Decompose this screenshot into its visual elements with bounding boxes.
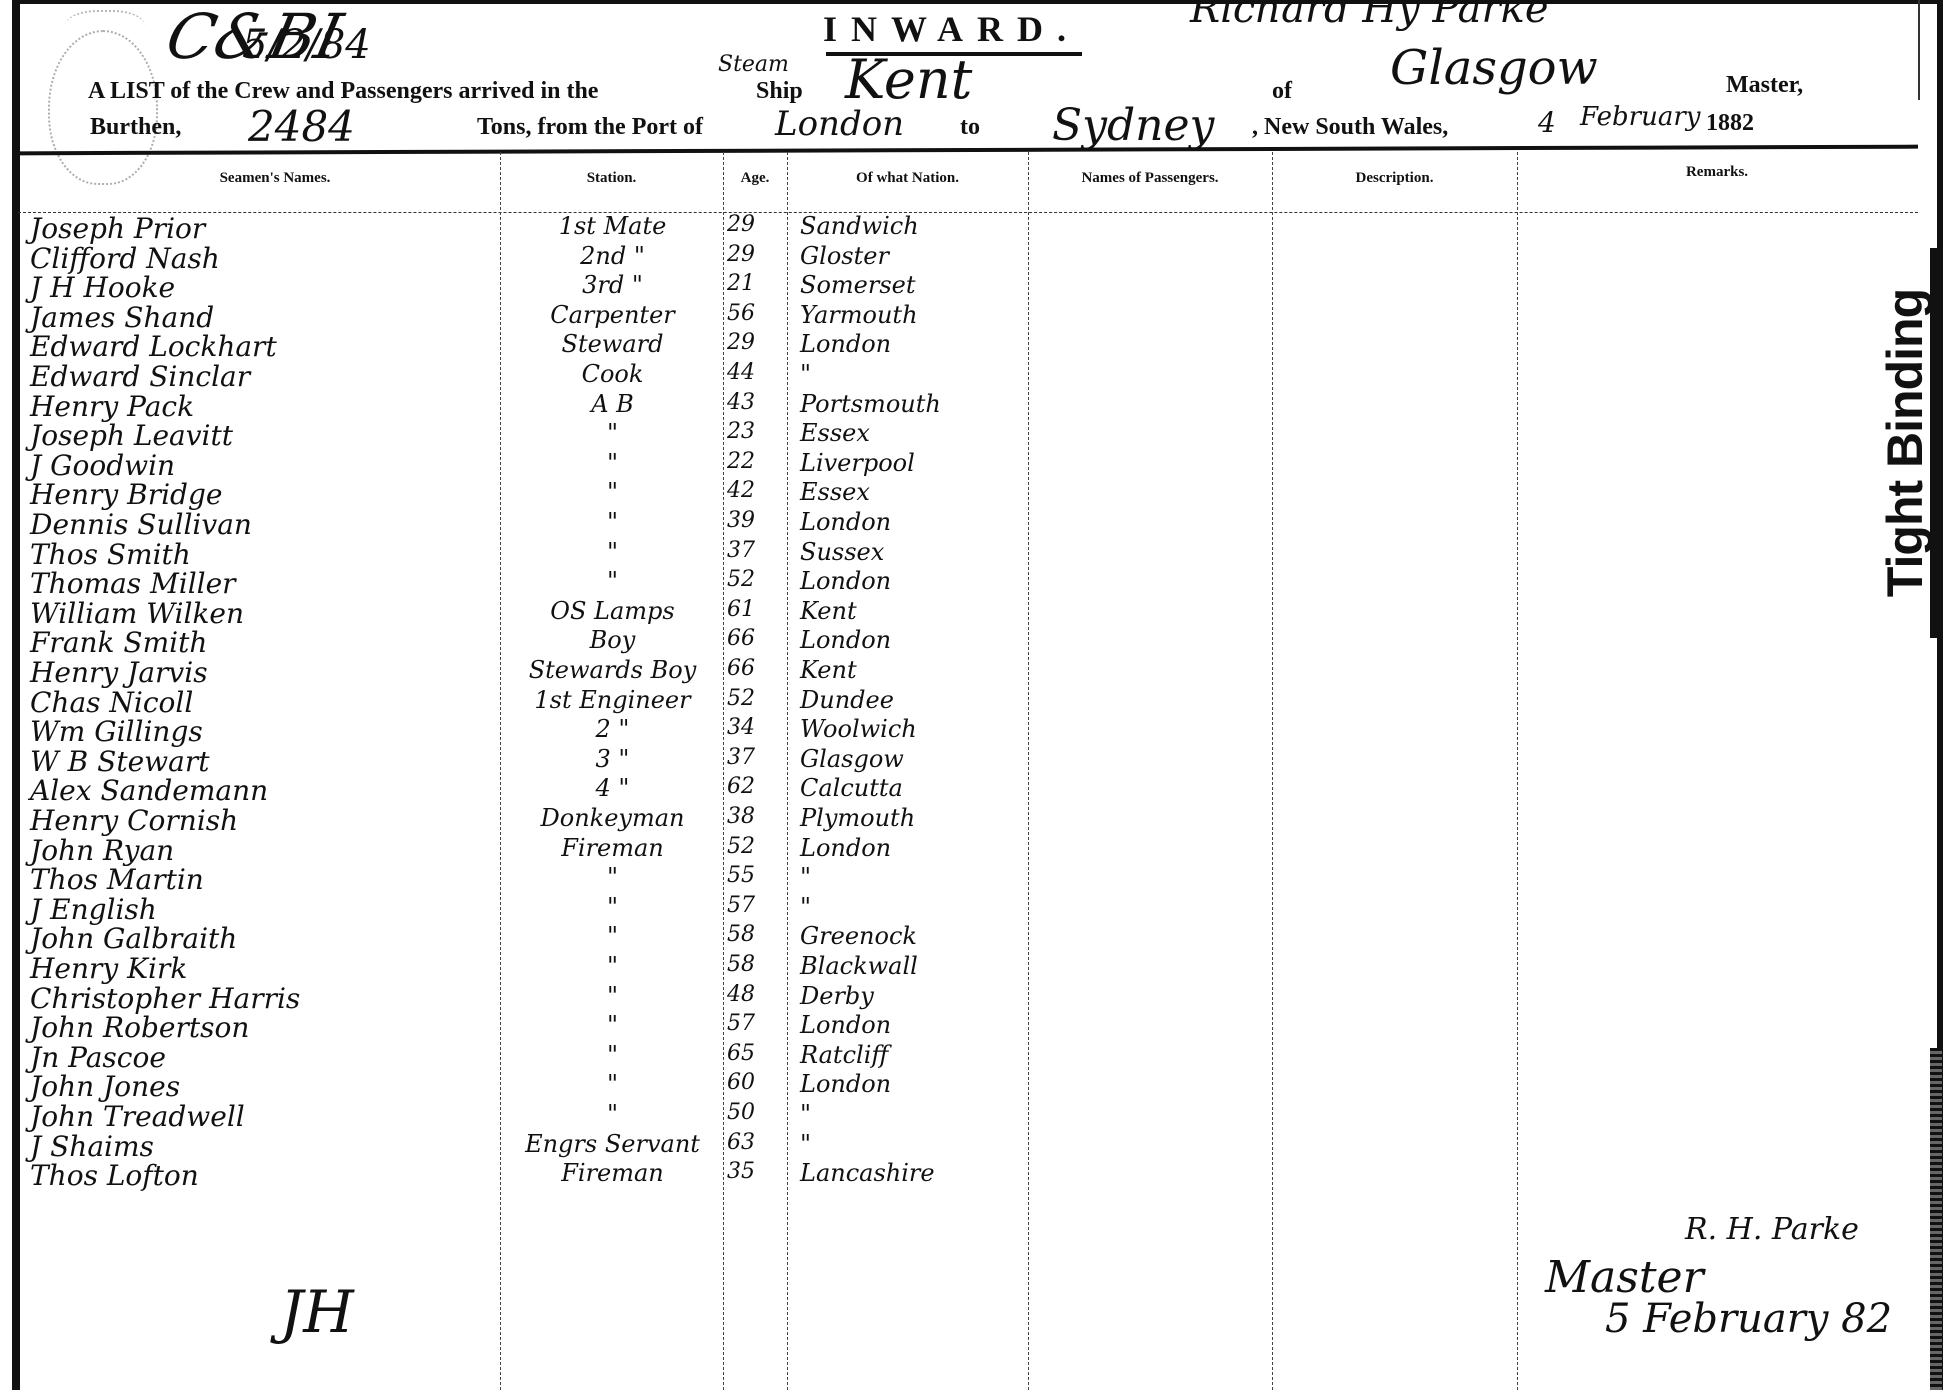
station: Stewards Boy [505,656,720,684]
age: 44 [727,360,755,385]
nsw-label: , New South Wales, [1252,114,1448,141]
customs-stamp-icon [48,30,158,185]
seaman-name: Henry Kirk [30,952,187,985]
burthen-label: Burthen, [90,114,181,141]
station: " [505,1041,720,1069]
table-row: Alex Sandemann4 "62Calcutta [0,774,1000,804]
table-row: John RyanFireman52London [0,834,1000,864]
table-row: Thos LoftonFireman35Lancashire [0,1159,1000,1189]
nation: " [800,1130,811,1158]
table-row: Thos Martin"55" [0,863,1000,893]
seaman-name: Edward Sinclar [30,360,250,393]
column-divider [1272,152,1273,1390]
nation: Blackwall [800,952,918,980]
table-row: Henry CornishDonkeyman38Plymouth [0,804,1000,834]
station: " [505,863,720,891]
station: Steward [505,330,720,358]
station: " [505,567,720,595]
age: 48 [727,982,755,1007]
age: 38 [727,804,755,829]
seaman-name: William Wilken [30,597,244,630]
ship-label: Ship [756,78,803,105]
table-row: John Jones"60London [0,1070,1000,1100]
port-from: London [775,104,904,144]
table-row: Henry JarvisStewards Boy66Kent [0,656,1000,686]
seaman-name: J Goodwin [30,449,175,482]
station: " [505,419,720,447]
age: 62 [727,774,755,799]
seaman-name: Christopher Harris [30,982,300,1015]
station: Fireman [505,1159,720,1187]
nation: Calcutta [800,774,903,802]
station: Donkeyman [505,804,720,832]
arrival-month: February [1580,102,1700,132]
nation: London [800,508,891,536]
station: " [505,508,720,536]
seaman-name: Thomas Miller [30,567,236,600]
nation: London [800,834,891,862]
nation: Kent [800,656,857,684]
header-age: Age. [723,170,787,187]
nation: London [800,567,891,595]
station: " [505,982,720,1010]
nation: London [800,626,891,654]
seaman-name: Joseph Prior [30,212,205,245]
table-row: John Treadwell"50" [0,1100,1000,1130]
station: OS Lamps [505,597,720,625]
age: 56 [727,301,755,326]
of-label: of [1272,78,1292,105]
age: 29 [727,212,755,237]
inserted-word-steam: Steam [718,52,789,77]
station: " [505,449,720,477]
age: 57 [727,893,755,918]
age: 52 [727,567,755,592]
age: 52 [727,686,755,711]
nation: Derby [800,982,874,1010]
table-row: John Robertson"57London [0,1011,1000,1041]
nation: Greenock [800,922,917,950]
header-nation: Of what Nation. [787,170,1028,187]
station: 4 " [505,774,720,802]
table-row: Edward SinclarCook44" [0,360,1000,390]
age: 58 [727,922,755,947]
table-row: Henry Bridge"42Essex [0,478,1000,508]
table-row: Chas Nicoll1st Engineer52Dundee [0,686,1000,716]
table-row: Henry Kirk"58Blackwall [0,952,1000,982]
table-row: Edward LockhartSteward29London [0,330,1000,360]
seaman-name: W B Stewart [30,745,209,778]
arrival-year: 1882 [1706,110,1754,137]
table-row: J H Hooke3rd "21Somerset [0,271,1000,301]
ship-name: Kent [845,48,972,111]
nation: " [800,893,811,921]
tons-label: Tons, from the Port of [477,114,703,141]
nation: Woolwich [800,715,917,743]
nation: Dundee [800,686,894,714]
age: 37 [727,538,755,563]
seaman-name: Edward Lockhart [30,330,277,363]
nation: Glasgow [800,745,904,773]
seaman-name: Alex Sandemann [30,774,268,807]
age: 23 [727,419,755,444]
nation: Sandwich [800,212,919,240]
master-signature: R. H. Parke [1685,1212,1859,1247]
tons-value: 2484 [248,102,355,151]
station: 2 " [505,715,720,743]
table-row: Henry PackA B43Portsmouth [0,390,1000,420]
station: Cook [505,360,720,388]
header-seamens-names: Seamen's Names. [170,170,380,187]
seaman-name: John Jones [30,1070,180,1103]
reference-date: 5/2/84 [242,22,371,68]
age: 37 [727,745,755,770]
age: 57 [727,1011,755,1036]
nation: Portsmouth [800,390,941,418]
seaman-name: Dennis Sullivan [30,508,252,541]
header-station: Station. [500,170,723,187]
seaman-name: John Robertson [30,1011,249,1044]
table-row: John Galbraith"58Greenock [0,922,1000,952]
age: 43 [727,390,755,415]
seaman-name: Chas Nicoll [30,686,193,719]
station: Engrs Servant [505,1130,720,1158]
table-row: William WilkenOS Lamps61Kent [0,597,1000,627]
station: Carpenter [505,301,720,329]
age: 39 [727,508,755,533]
seaman-name: Henry Pack [30,390,194,423]
table-row: J English"57" [0,893,1000,923]
age: 66 [727,656,755,681]
nation: Kent [800,597,857,625]
table-row: Clifford Nash2nd "29Gloster [0,242,1000,272]
age: 22 [727,449,755,474]
age: 55 [727,863,755,888]
age: 21 [727,271,755,296]
nation: Sussex [800,538,884,566]
age: 58 [727,952,755,977]
seaman-name: Thos Martin [30,863,204,896]
nation: Essex [800,478,870,506]
age: 50 [727,1100,755,1125]
table-row: Frank SmithBoy66London [0,626,1000,656]
station: Boy [505,626,720,654]
list-heading: A LIST of the Crew and Passengers arrive… [88,78,598,105]
seaman-name: Frank Smith [30,626,207,659]
age: 42 [727,478,755,503]
age: 61 [727,597,755,622]
seaman-name: J English [30,893,157,926]
age: 34 [727,715,755,740]
nation: Liverpool [800,449,915,477]
seaman-name: Henry Cornish [30,804,238,837]
header-remarks: Remarks. [1517,164,1917,181]
table-row: Christopher Harris"48Derby [0,982,1000,1012]
owner-name: Richard Hy Parke [1190,0,1549,32]
paraph-initials: JH [280,1278,354,1346]
age: 29 [727,242,755,267]
nation: Lancashire [800,1159,935,1187]
to-label: to [960,114,980,141]
seaman-name: John Ryan [30,834,174,867]
seaman-name: Thos Smith [30,538,191,571]
seaman-name: Jn Pascoe [30,1041,166,1074]
station: " [505,1011,720,1039]
page-right-edge-shadow [1930,1048,1942,1390]
nation: London [800,330,891,358]
age: 66 [727,626,755,651]
station: " [505,893,720,921]
column-divider [1028,152,1029,1390]
station: 2nd " [505,242,720,270]
age: 65 [727,1041,755,1066]
station: 1st Mate [505,212,720,240]
seaman-name: John Galbraith [30,922,237,955]
signature-date: 5 February 82 [1605,1296,1892,1342]
document-title: INWARD. [823,8,1080,50]
station: " [505,1070,720,1098]
nation: " [800,1100,811,1128]
age: 52 [727,834,755,859]
nation: Somerset [800,271,916,299]
nation: " [800,360,811,388]
table-row: Dennis Sullivan"39London [0,508,1000,538]
nation: London [800,1011,891,1039]
table-row: Wm Gillings2 "34Woolwich [0,715,1000,745]
arrival-day: 4 [1538,106,1556,139]
seaman-name: Clifford Nash [30,242,220,275]
nation: Gloster [800,242,889,270]
station: " [505,952,720,980]
seaman-name: Wm Gillings [30,715,203,748]
table-row: J ShaimsEngrs Servant63" [0,1130,1000,1160]
nation: Plymouth [800,804,915,832]
header-passengers: Names of Passengers. [1028,170,1272,187]
column-divider [1517,152,1518,1390]
station: " [505,538,720,566]
header-description: Description. [1272,170,1517,187]
station: " [505,478,720,506]
age: 63 [727,1130,755,1155]
station: 1st Engineer [505,686,720,714]
station: Fireman [505,834,720,862]
tight-binding-label: Tight Binding [1870,268,1940,618]
page-right-edge-inner [1918,0,1920,100]
nation: Ratcliff [800,1041,888,1069]
nation: Yarmouth [800,301,918,329]
station: " [505,922,720,950]
station: " [505,1100,720,1128]
age: 29 [727,330,755,355]
nation: London [800,1070,891,1098]
age: 35 [727,1159,755,1184]
table-row: Jn Pascoe"65Ratcliff [0,1041,1000,1071]
table-row: Joseph Prior1st Mate29Sandwich [0,212,1000,242]
seaman-name: Henry Jarvis [30,656,208,689]
table-row: James ShandCarpenter56Yarmouth [0,301,1000,331]
seaman-name: J H Hooke [30,271,175,304]
seaman-name: John Treadwell [30,1100,245,1133]
table-row: Joseph Leavitt"23Essex [0,419,1000,449]
station: A B [505,390,720,418]
station: 3 " [505,745,720,773]
age: 60 [727,1070,755,1095]
table-row: J Goodwin"22Liverpool [0,449,1000,479]
seaman-name: Joseph Leavitt [30,419,233,452]
manifest-page: C&BI 5/2/84 INWARD. Richard Hy Parke A L… [0,0,1943,1390]
port-to: Sydney [1052,100,1214,151]
tight-binding-text: Tight Binding [1876,289,1934,597]
seaman-name: Henry Bridge [30,478,222,511]
station: 3rd " [505,271,720,299]
nation: Essex [800,419,870,447]
table-row: Thos Smith"37Sussex [0,538,1000,568]
seaman-name: J Shaims [30,1130,154,1163]
seaman-name: James Shand [30,301,214,334]
seaman-name: Thos Lofton [30,1159,199,1192]
master-label: Master, [1726,72,1803,99]
table-row: W B Stewart3 "37Glasgow [0,745,1000,775]
home-port: Glasgow [1390,40,1598,96]
nation: " [800,863,811,891]
table-row: Thomas Miller"52London [0,567,1000,597]
